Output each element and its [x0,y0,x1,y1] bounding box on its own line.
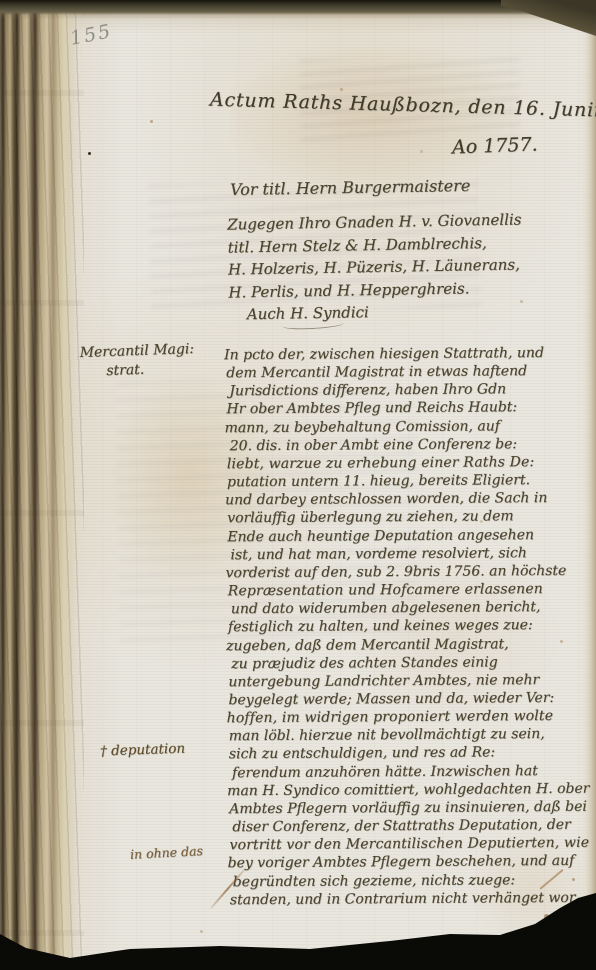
folio-number: 155 [68,20,114,50]
ink-speckles [0,0,3,3]
manuscript-scan-page: 155 Actum Raths Haußbozn, den 16. Junii … [0,0,596,970]
handwritten-line: man löbl. hierzue nit bevollmächtigt zu … [229,725,589,746]
salutation-line: Vor titl. Hern Burgermaistere [230,176,471,199]
body-text-block: In pcto der, zwischen hiesigen Stattrath… [226,344,590,909]
heading-line-2: Ao 1757. [452,134,538,159]
handwritten-line: Auch H. Syndici [247,298,524,325]
handwritten-line: und darbey entschlossen worden, die Sach… [225,489,587,510]
handwritten-line: man H. Syndico comittiert, wohlgedachten… [227,779,589,800]
margin-note-mercantil: Mercantil Magi: strat. [79,340,195,382]
handwritten-line: und dato widerumben abgelesenen bericht, [231,598,588,619]
handwritten-line: bey voriger Ambtes Pflegern beschehen, u… [228,852,590,873]
attendees-block: Zugegen Ihro Gnaden H. v. Giovanellistit… [227,208,523,326]
handwritten-line: standen, und in Contrarium nicht verhäng… [230,888,590,909]
handwritten-line: liebt, warzue zu erhebung einer Raths De… [227,453,587,474]
handwritten-line: ferendum anzuhören hätte. Inzwischen hat [232,761,589,782]
margin-note-line: Mercantil Magi: [79,340,194,363]
margin-note-ohne-das: in ohne das [130,843,204,862]
handwritten-line: In pcto der, zwischen hiesigen Stattrath… [224,344,586,365]
margin-note-deputation: † deputation [100,741,186,760]
handwritten-line: Ende auch heuntige Deputation angesehen [227,525,587,546]
handwriting-layer: 155 Actum Raths Haußbozn, den 16. Junii … [0,0,596,970]
margin-note-line: strat. [106,359,195,381]
heading-line-1: Actum Raths Haußbozn, den 16. Junii [210,89,596,122]
